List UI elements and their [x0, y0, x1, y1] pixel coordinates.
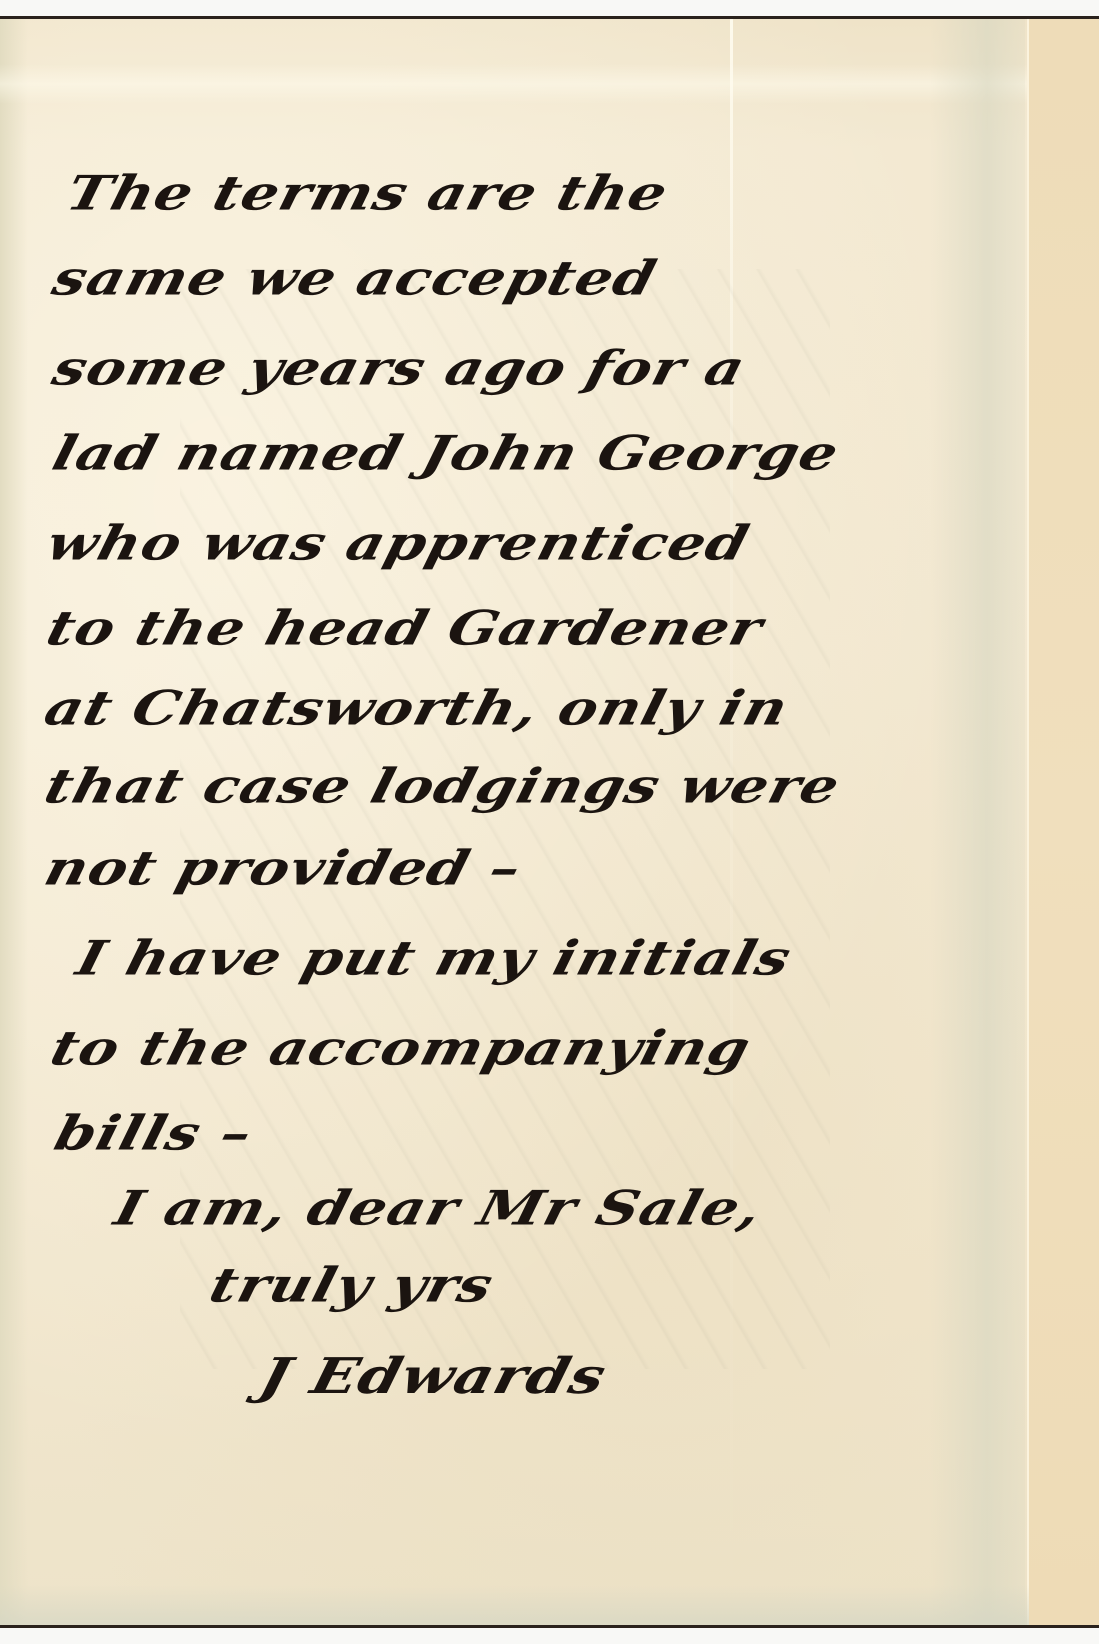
letter-line-5: who was apprenticed: [42, 519, 754, 567]
letter-line-8: that case lodgings were: [40, 762, 845, 810]
letter-line-6: to the head Gardener: [42, 604, 768, 652]
folded-page-strip: [1029, 19, 1099, 1625]
letter-line-2: same we accepted: [48, 254, 661, 302]
letter-line-9: not provided –: [40, 844, 526, 892]
fold-shadow: [930, 19, 1025, 1625]
letter-line-3: some years ago for a: [48, 344, 750, 392]
closing-salutation: I am, dear Mr Sale,: [110, 1184, 767, 1232]
paper-left-edge: [0, 19, 28, 1625]
letter-line-4: lad named John George: [48, 429, 844, 477]
closing-valediction: truly yrs: [205, 1261, 498, 1309]
letter-line-10: I have put my initials: [72, 934, 796, 982]
scanned-letter: The terms are the same we accepted some …: [0, 0, 1099, 1644]
letter-sheet: The terms are the same we accepted some …: [0, 16, 1099, 1628]
letter-line-7: at Chatsworth, only in: [40, 684, 793, 732]
letter-line-11: to the accompanying: [46, 1024, 756, 1072]
paper-bottom-band: [0, 1585, 1029, 1625]
signature: J Edwards: [255, 1352, 611, 1401]
letter-line-12: bills –: [50, 1109, 257, 1157]
letter-line-1: The terms are the: [62, 169, 673, 217]
